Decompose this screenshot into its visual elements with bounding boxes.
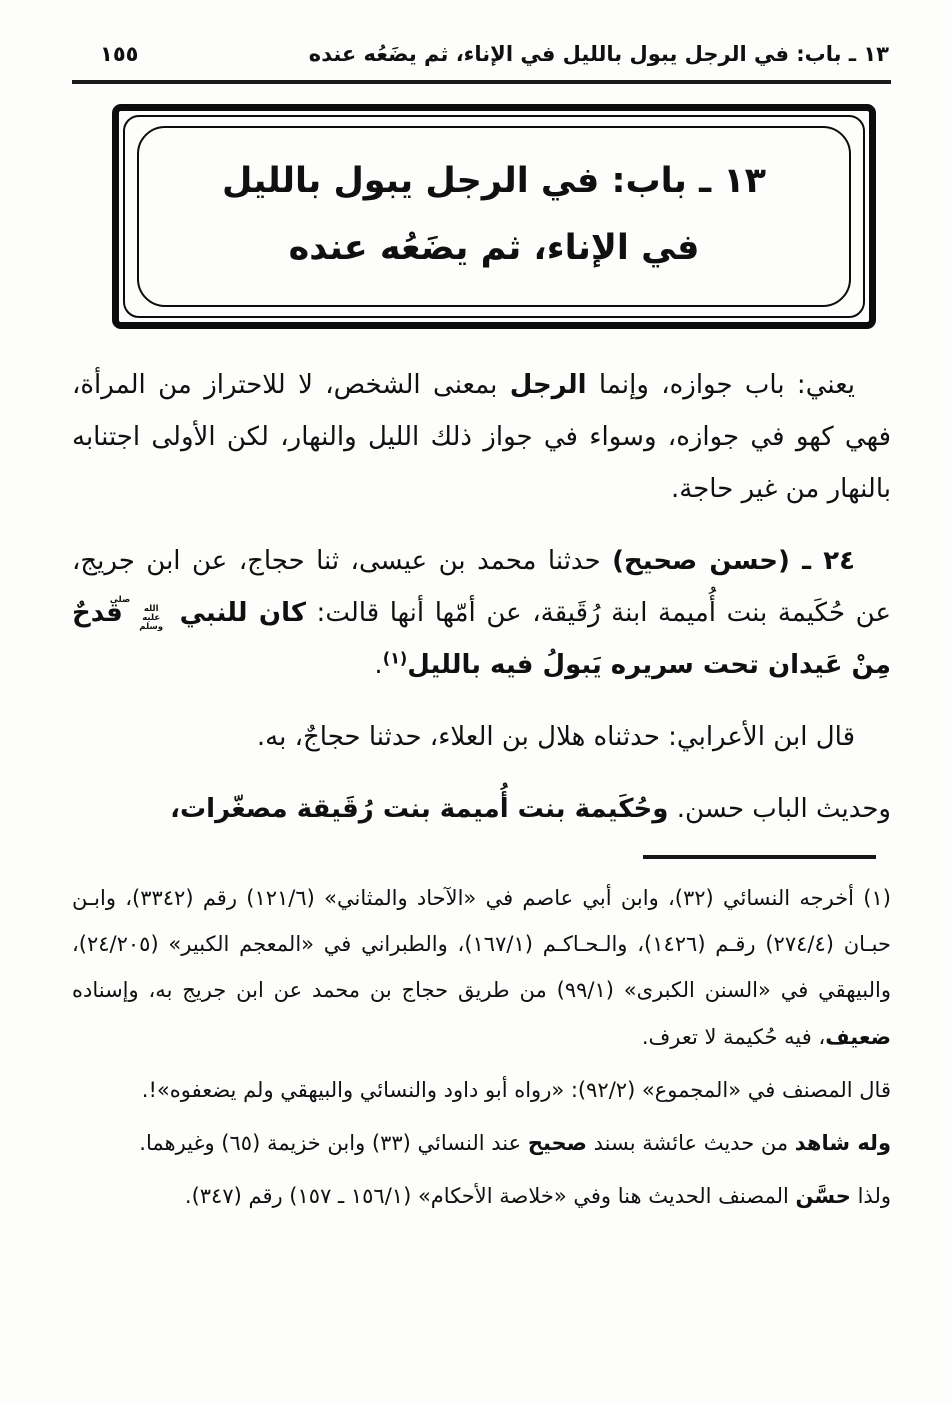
- footnotes-section: (١) أخرجه النسائي (٣٢)، وابن أبي عاصم في…: [72, 875, 891, 1256]
- text-segment: ٢٤ ـ: [790, 546, 855, 576]
- text-segment: حسَّن: [796, 1184, 851, 1208]
- text-segment: المصنف الحديث هنا وفي «خلاصة الأحكام» (١…: [185, 1184, 796, 1208]
- text-segment: يعني: باب جوازه، وإنما: [587, 370, 855, 400]
- text-segment: وله شاهد: [795, 1131, 891, 1155]
- text-segment: وحُكَيمة بنت أُميمة بنت رُقَيقة مصغّرات،: [170, 794, 668, 824]
- book-page: ١٣ ـ باب: في الرجل يبول بالليل في الإناء…: [0, 0, 951, 1404]
- paragraph-grading: وحديث الباب حسن. وحُكَيمة بنت أُميمة بنت…: [72, 783, 891, 835]
- text-segment: كان للنبي: [168, 598, 306, 628]
- text-segment: الرجل: [510, 370, 587, 400]
- body-text: يعني: باب جوازه، وإنما الرجل بمعنى الشخص…: [72, 359, 891, 835]
- footnote-separator: [643, 855, 876, 859]
- paragraph-commentary: يعني: باب جوازه، وإنما الرجل بمعنى الشخص…: [72, 359, 891, 515]
- header-rule: [72, 80, 891, 84]
- paragraph-ibn-al-arabi: قال ابن الأعرابي: حدثناه هلال بن العلاء،…: [72, 711, 891, 763]
- running-header-title: ١٣ ـ باب: في الرجل يبول بالليل في الإناء…: [309, 42, 889, 66]
- chapter-title-box: ١٣ ـ باب: في الرجل يبول بالليل في الإناء…: [112, 104, 876, 329]
- text-segment: عند النسائي (٣٣) وابن خزيمة (٦٥) وغيرهما…: [139, 1131, 528, 1155]
- text-segment: .: [374, 650, 382, 680]
- text-segment: ولذا: [851, 1184, 891, 1208]
- text-segment: ، فيه حُكيمة لا تعرف.: [642, 1025, 825, 1049]
- text-segment: من حديث عائشة بسند: [587, 1131, 795, 1155]
- chapter-title: ١٣ ـ باب: في الرجل يبول بالليل في الإناء…: [149, 148, 839, 281]
- prophet-honorific-saw: صلى الله عليه وسلم: [136, 596, 166, 632]
- chapter-box-inner-frame: ١٣ ـ باب: في الرجل يبول بالليل في الإناء…: [137, 126, 851, 307]
- text-segment: صحيح: [528, 1131, 587, 1155]
- footnote-khulasa: ولذا حسَّن المصنف الحديث هنا وفي «خلاصة …: [72, 1173, 891, 1219]
- chapter-title-line2: في الإناء، ثم يضَعُه عنده: [149, 215, 839, 282]
- text-segment: ضعيف: [825, 1025, 891, 1049]
- footnote-reference-marker: (١): [383, 648, 408, 667]
- chapter-box-middle-frame: ١٣ ـ باب: في الرجل يبول بالليل في الإناء…: [123, 115, 865, 318]
- running-header: ١٣ ـ باب: في الرجل يبول بالليل في الإناء…: [72, 42, 891, 80]
- text-segment: قال المصنف في «المجموع» (٩٢/٢): «رواه أب…: [142, 1078, 891, 1102]
- footnote-number: (١): [854, 886, 891, 910]
- paragraph-hadith-24: ٢٤ ـ (حسن صحيح) حدثنا محمد بن عيسى، ثنا …: [72, 535, 891, 691]
- text-segment: (حسن صحيح): [612, 546, 790, 576]
- text-segment: وحديث الباب حسن.: [668, 794, 891, 824]
- footnote-majmu-quote: قال المصنف في «المجموع» (٩٢/٢): «رواه أب…: [72, 1067, 891, 1113]
- text-segment: أخرجه النسائي (٣٢)، وابن أبي عاصم في «ال…: [72, 886, 891, 1002]
- footnote-1-takhrij: (١) أخرجه النسائي (٣٢)، وابن أبي عاصم في…: [72, 875, 891, 1060]
- chapter-title-line1: ١٣ ـ باب: في الرجل يبول بالليل: [149, 148, 839, 215]
- text-segment: قال ابن الأعرابي: حدثناه هلال بن العلاء،…: [257, 722, 855, 752]
- footnote-shahid: وله شاهد من حديث عائشة بسند صحيح عند الن…: [72, 1120, 891, 1166]
- page-number: ١٥٥: [100, 42, 138, 66]
